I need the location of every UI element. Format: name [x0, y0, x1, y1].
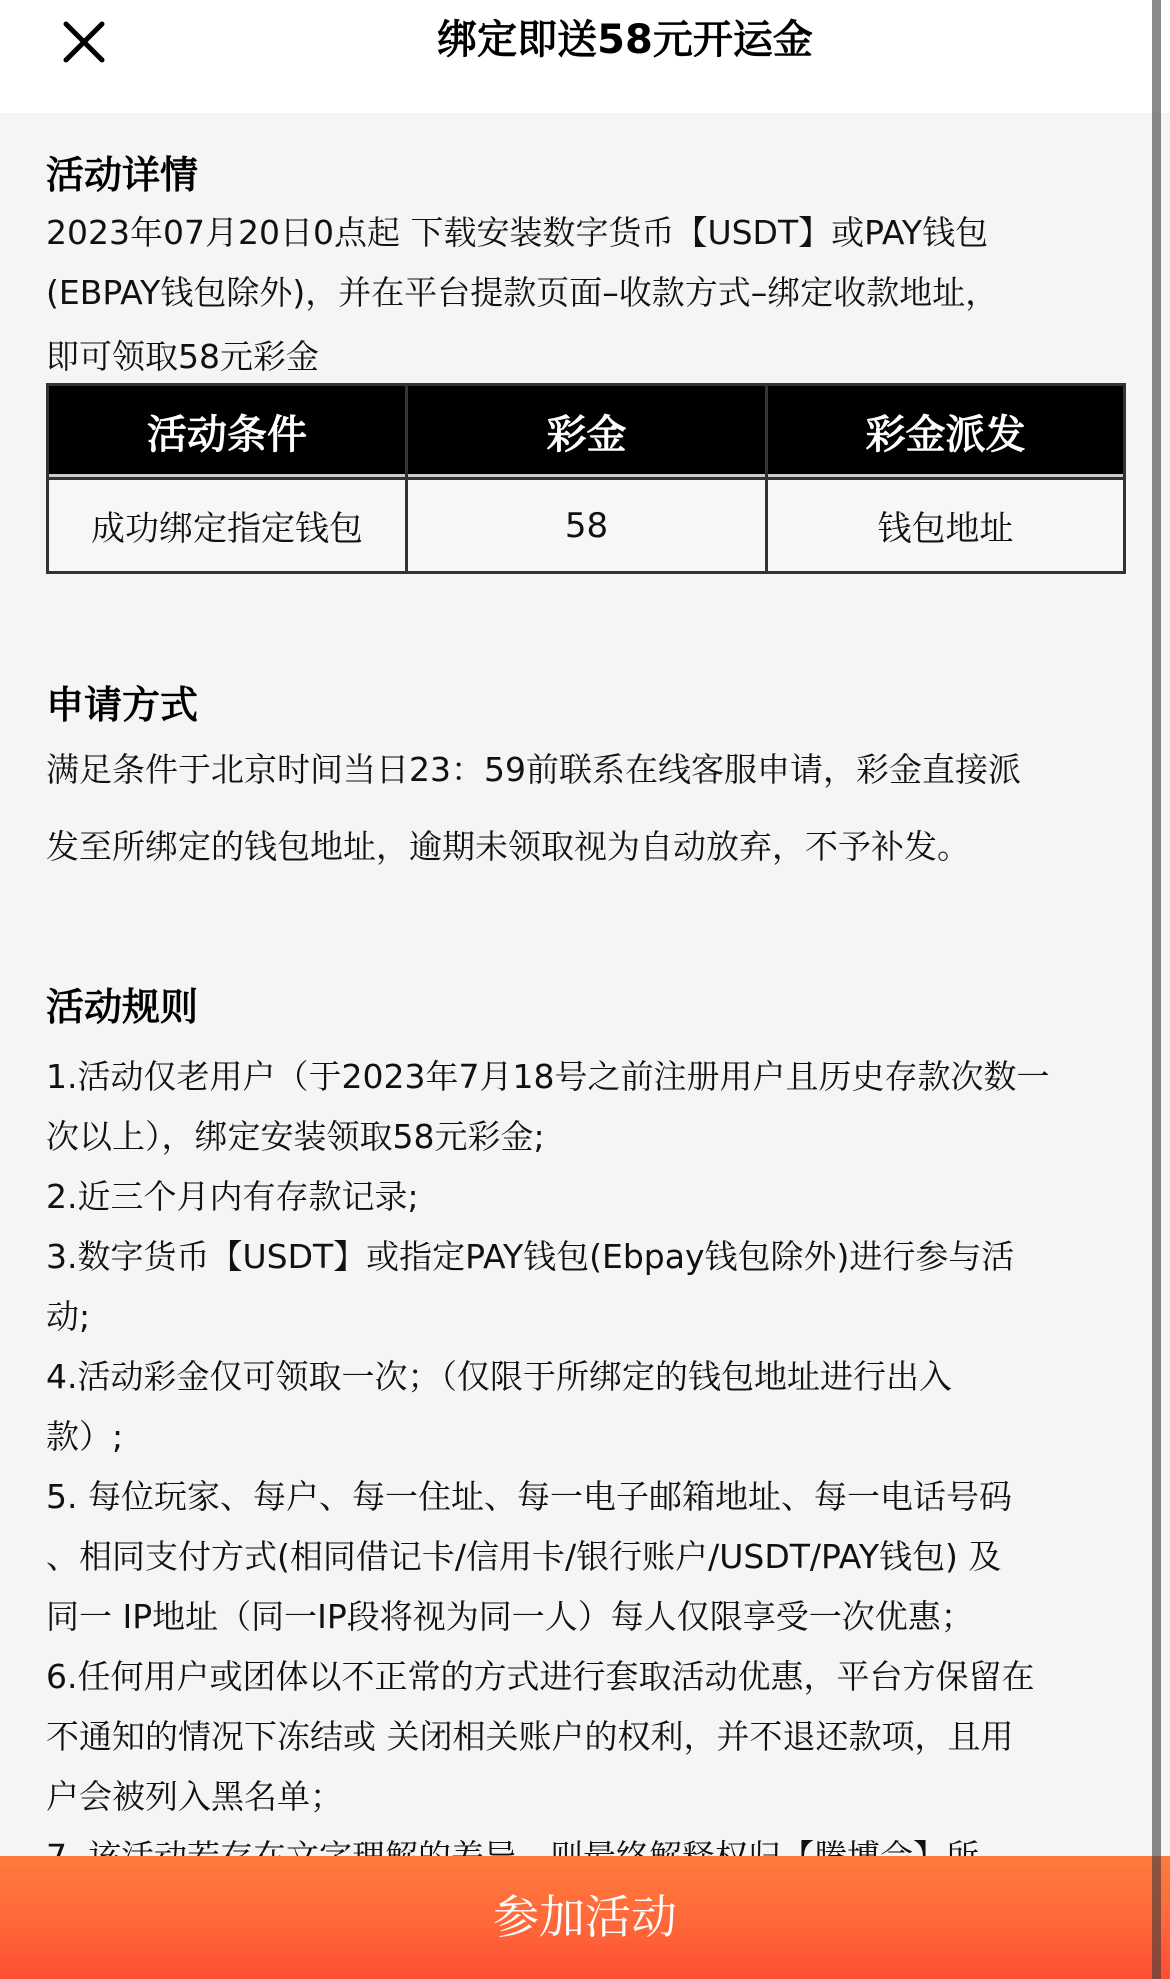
rules-heading: 活动规则: [46, 982, 198, 1032]
column-header-condition: 活动条件: [48, 385, 407, 479]
join-activity-button[interactable]: 参加活动: [0, 1856, 1170, 1979]
column-header-distribution: 彩金派发: [767, 385, 1125, 479]
rule-line: 动;: [46, 1294, 90, 1340]
table-header-row: 活动条件 彩金 彩金派发: [48, 385, 1125, 479]
page-title: 绑定即送58元开运金: [330, 14, 920, 66]
rule-line: 不通知的情况下冻结或 关闭相关账户的权利，并不退还款项，且用: [46, 1714, 1014, 1760]
rule-line: 4.活动彩金仅可领取一次；（仅限于所绑定的钱包地址进行出入: [46, 1354, 952, 1400]
rule-line: 款）;: [46, 1414, 123, 1460]
top-bar: 绑定即送58元开运金: [0, 0, 1170, 113]
close-button[interactable]: [60, 18, 108, 66]
rule-line: 3.数字货币【USDT】或指定PAY钱包(Ebpay钱包除外)进行参与活: [46, 1234, 1014, 1280]
close-icon: [60, 18, 108, 66]
column-header-bonus: 彩金: [407, 385, 767, 479]
rule-line: 2.近三个月内有存款记录;: [46, 1174, 419, 1220]
apply-line: 满足条件于北京时间当日23：59前联系在线客服申请，彩金直接派: [46, 747, 1021, 793]
rule-line: 、相同支付方式(相同借记卡/信用卡/银行账户/USDT/PAY钱包) 及: [46, 1534, 1001, 1580]
rule-line: 1.活动仅老用户（于2023年7月18号之前注册用户且历史存款次数一: [46, 1054, 1049, 1100]
apply-heading: 申请方式: [46, 680, 198, 730]
details-line: 2023年07月20日0点起 下载安装数字货币【USDT】或PAY钱包: [46, 210, 988, 256]
scrollbar[interactable]: [1152, 0, 1161, 1979]
rule-line: 次以上），绑定安装领取58元彩金;: [46, 1114, 545, 1160]
apply-line: 发至所绑定的钱包地址，逾期未领取视为自动放弃，不予补发。: [46, 824, 970, 870]
details-heading: 活动详情: [46, 150, 198, 200]
cell-condition: 成功绑定指定钱包: [48, 479, 407, 573]
rule-line: 户会被列入黑名单；: [46, 1774, 343, 1820]
rule-line: 5. 每位玩家、每户、每一住址、每一电子邮箱地址、每一电话号码: [46, 1474, 1012, 1520]
rule-line: 6.任何用户或团体以不正常的方式进行套取活动优惠，平台方保留在: [46, 1654, 1035, 1700]
cell-distribution: 钱包地址: [767, 479, 1125, 573]
details-line: (EBPAY钱包除外)，并在平台提款页面–收款方式–绑定收款地址，: [46, 270, 998, 316]
rule-line: 同一 IP地址（同一IP段将视为同一人）每人仅限享受一次优惠；: [46, 1594, 974, 1640]
conditions-table: 活动条件 彩金 彩金派发 成功绑定指定钱包 58 钱包地址: [46, 383, 1126, 574]
cell-bonus: 58: [407, 479, 767, 573]
table-row: 成功绑定指定钱包 58 钱包地址: [48, 479, 1125, 573]
details-line: 即可领取58元彩金: [46, 334, 319, 380]
